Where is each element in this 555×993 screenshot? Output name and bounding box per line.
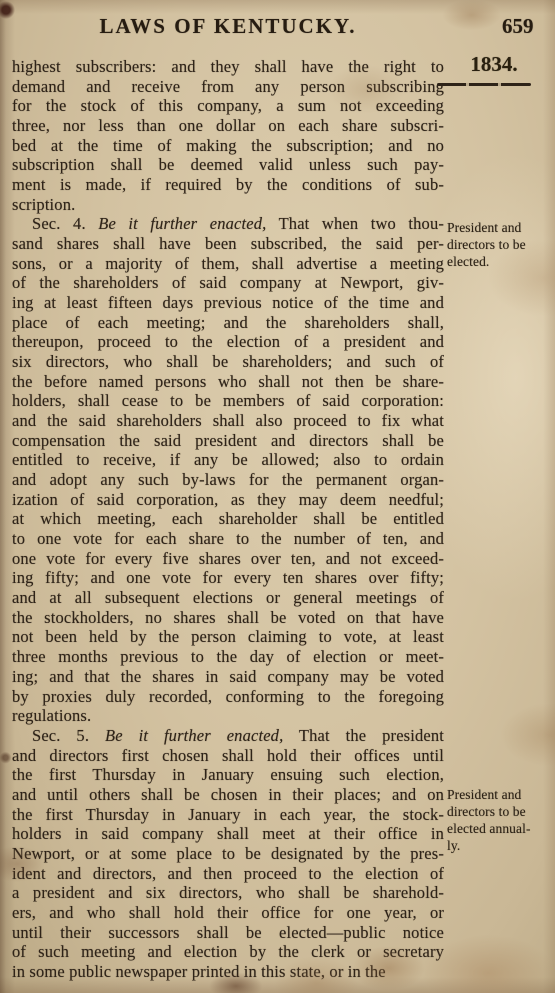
text-line: six directors, who shall be shareholders… <box>12 352 444 372</box>
text-line: by proxies duly recorded, conforming to … <box>12 687 444 707</box>
margin-rule-divider <box>437 83 531 86</box>
text-line: and directors first chosen shall hold th… <box>12 746 444 766</box>
text-segment: the first Thursday in January in each ye… <box>12 805 444 824</box>
text-line: the before named persons who shall not t… <box>12 372 444 392</box>
text-line: of the shareholders of said company at N… <box>12 273 444 293</box>
text-segment: Sec. 4. <box>32 214 98 233</box>
text-segment: in some public newspaper printed in this… <box>12 962 386 981</box>
text-segment: one vote for every five shares over ten,… <box>12 549 444 568</box>
text-segment: and adopt any such by-laws for the perma… <box>12 470 444 489</box>
text-segment: compensation the said president and dire… <box>12 431 444 450</box>
margin-note-elected-annually: President anddirectors to beelected annu… <box>447 786 553 854</box>
text-line: and adopt any such by-laws for the perma… <box>12 470 444 490</box>
margin-note-line: ly. <box>447 837 553 854</box>
text-line: Sec. 5. Be it further enacted, That the … <box>12 726 444 746</box>
text-segment: highest subscribers: and they shall have… <box>12 57 444 76</box>
text-line: not been held by the person claiming to … <box>12 627 444 647</box>
text-line: one vote for every five shares over ten,… <box>12 549 444 569</box>
text-segment: place of each meeting; and the sharehold… <box>12 313 444 332</box>
text-segment: of the shareholders of said company at N… <box>12 273 444 292</box>
text-segment: the first Thursday in January ensuing su… <box>12 765 444 784</box>
margin-year-label: 1834. <box>446 52 542 77</box>
text-line: bed at the time of making the subscripti… <box>12 136 444 156</box>
margin-note-president-elected: President anddirectors to beelected. <box>447 219 553 270</box>
text-segment: the stockholders, no shares shall be vot… <box>12 608 444 627</box>
text-segment: entitled to receive, if any be allowed; … <box>12 450 444 469</box>
text-line: of such meeting and election by the cler… <box>12 942 444 962</box>
text-line: entitled to receive, if any be allowed; … <box>12 450 444 470</box>
paragraph: Sec. 4. Be it further enacted, That when… <box>12 214 444 725</box>
text-line: place of each meeting; and the sharehold… <box>12 313 444 333</box>
paragraph: highest subscribers: and they shall have… <box>12 57 444 214</box>
text-segment: ing at least fifteen days previous notic… <box>12 293 444 312</box>
margin-note-line: elected. <box>447 253 553 270</box>
text-segment: ization of said corporation, as they may… <box>12 490 444 509</box>
text-line: ment is made, if required by the conditi… <box>12 175 444 195</box>
margin-note-line: directors to be <box>447 236 553 253</box>
text-segment: the before named persons who shall not t… <box>12 372 444 391</box>
text-line: demand and receive from any person subsc… <box>12 77 444 97</box>
text-line: to one vote for each share to the number… <box>12 529 444 549</box>
text-segment: holders, shall cease to be members of sa… <box>12 391 444 410</box>
text-line: ing at least fifteen days previous notic… <box>12 293 444 313</box>
text-segment: Sec. 5. <box>32 726 105 745</box>
text-segment: not been held by the person claiming to … <box>12 627 444 646</box>
text-segment: three, nor less than one dollar on each … <box>12 116 444 135</box>
text-line: ization of said corporation, as they may… <box>12 490 444 510</box>
text-line: holders in said company shall meet at th… <box>12 824 444 844</box>
text-segment: demand and receive from any person subsc… <box>12 77 444 96</box>
text-line: three, nor less than one dollar on each … <box>12 116 444 136</box>
text-segment: subscription shall be deemed valid unles… <box>12 155 444 174</box>
text-line: and the said shareholders shall also pro… <box>12 411 444 431</box>
margin-note-line: directors to be <box>447 803 553 820</box>
margin-note-line: elected annual- <box>447 820 553 837</box>
text-line: sand shares shall have been subscribed, … <box>12 234 444 254</box>
text-segment: That the president <box>283 726 444 745</box>
text-line: the first Thursday in January in each ye… <box>12 805 444 825</box>
text-segment: ment is made, if required by the conditi… <box>12 175 444 194</box>
body-text-column: highest subscribers: and they shall have… <box>12 57 444 982</box>
text-line: a president and six directors, who shall… <box>12 883 444 903</box>
margin-note-line: President and <box>447 786 553 803</box>
text-line: Sec. 4. Be it further enacted, That when… <box>12 214 444 234</box>
text-segment: ing; and that the shares in said company… <box>12 667 444 686</box>
text-segment: six directors, who shall be shareholders… <box>12 352 444 371</box>
text-segment: three months previous to the day of elec… <box>12 647 444 666</box>
margin-note-line: President and <box>447 219 553 236</box>
text-segment: by proxies duly recorded, conforming to … <box>12 687 444 706</box>
text-line: and until others shall be chosen in thei… <box>12 785 444 805</box>
text-line: regulations. <box>12 706 444 726</box>
text-segment: ing fifty; and one vote for every ten sh… <box>12 568 444 587</box>
text-segment: regulations. <box>12 706 91 725</box>
text-line: ing; and that the shares in said company… <box>12 667 444 687</box>
text-segment: sons, or a majority of them, shall adver… <box>12 254 444 273</box>
text-line: holders, shall cease to be members of sa… <box>12 391 444 411</box>
page-number: 659 <box>502 14 534 39</box>
text-segment: until their successors shall be elected—… <box>12 923 444 942</box>
text-segment: Newport, or at some place to be designat… <box>12 844 444 863</box>
text-line: highest subscribers: and they shall have… <box>12 57 444 77</box>
text-line: in some public newspaper printed in this… <box>12 962 444 982</box>
text-line: scription. <box>12 195 444 215</box>
paragraph: Sec. 5. Be it further enacted, That the … <box>12 726 444 982</box>
running-title: LAWS OF KENTUCKY. <box>12 14 444 39</box>
text-segment: holders in said company shall meet at th… <box>12 824 444 843</box>
text-segment: bed at the time of making the subscripti… <box>12 136 444 155</box>
text-segment: thereupon, proceed to the election of a … <box>12 332 444 351</box>
text-segment: and the said shareholders shall also pro… <box>12 411 444 430</box>
text-line: Newport, or at some place to be designat… <box>12 844 444 864</box>
text-segment: sand shares shall have been subscribed, … <box>12 234 444 253</box>
text-line: ers, and who shall hold their office for… <box>12 903 444 923</box>
text-line: for the stock of this company, a sum not… <box>12 96 444 116</box>
italic-phrase: Be it further enacted, <box>98 214 266 233</box>
text-line: and at all subsequent elections or gener… <box>12 588 444 608</box>
text-line: subscription shall be deemed valid unles… <box>12 155 444 175</box>
text-segment: and at all subsequent elections or gener… <box>12 588 444 607</box>
text-line: at which meeting, each shareholder shall… <box>12 509 444 529</box>
text-segment: That when two thou- <box>266 214 444 233</box>
text-line: ident and directors, and then proceed to… <box>12 864 444 884</box>
text-segment: to one vote for each share to the number… <box>12 529 444 548</box>
text-line: compensation the said president and dire… <box>12 431 444 451</box>
text-line: ing fifty; and one vote for every ten sh… <box>12 568 444 588</box>
text-line: three months previous to the day of elec… <box>12 647 444 667</box>
text-line: thereupon, proceed to the election of a … <box>12 332 444 352</box>
italic-phrase: Be it further enacted, <box>105 726 283 745</box>
text-segment: at which meeting, each shareholder shall… <box>12 509 444 528</box>
text-segment: a president and six directors, who shall… <box>12 883 444 902</box>
book-page: LAWS OF KENTUCKY. 659 highest subscriber… <box>0 0 555 993</box>
text-segment: ers, and who shall hold their office for… <box>12 903 444 922</box>
text-line: sons, or a majority of them, shall adver… <box>12 254 444 274</box>
text-line: until their successors shall be elected—… <box>12 923 444 943</box>
text-segment: ident and directors, and then proceed to… <box>12 864 444 883</box>
text-segment: for the stock of this company, a sum not… <box>12 96 444 115</box>
text-segment: of such meeting and election by the cler… <box>12 942 444 961</box>
text-segment: and directors first chosen shall hold th… <box>12 746 444 765</box>
text-segment: scription. <box>12 195 75 214</box>
text-line: the stockholders, no shares shall be vot… <box>12 608 444 628</box>
text-segment: and until others shall be chosen in thei… <box>12 785 444 804</box>
text-line: the first Thursday in January ensuing su… <box>12 765 444 785</box>
